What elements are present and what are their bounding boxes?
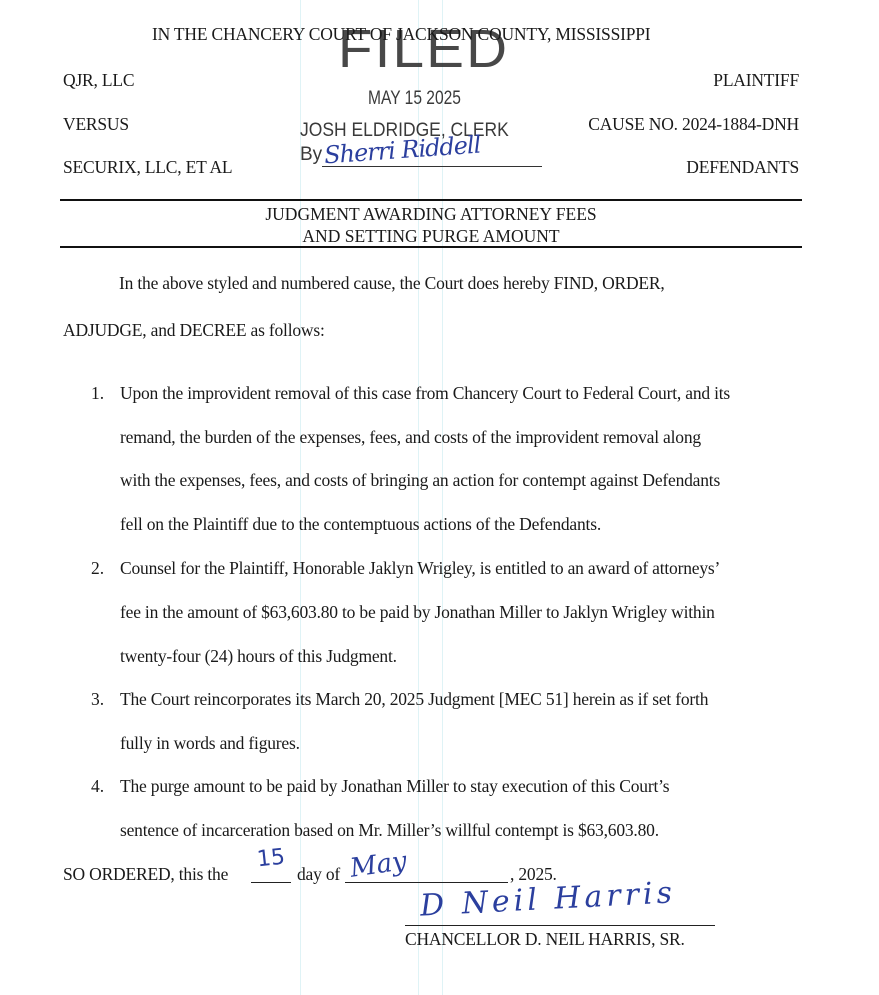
item-text-line: with the expenses, fees, and costs of br… <box>120 470 720 491</box>
filed-stamp-by-label: By <box>300 144 322 166</box>
day-blank-line <box>251 882 291 883</box>
intro-paragraph-line-1: In the above styled and numbered cause, … <box>119 273 665 294</box>
judge-name: CHANCELLOR D. NEIL HARRIS, SR. <box>405 929 685 950</box>
document-title-line-1: JUDGMENT AWARDING ATTORNEY FEES <box>60 204 802 225</box>
judge-signature-line <box>405 925 715 926</box>
filed-stamp-date: MAY 15 2025 <box>368 88 461 110</box>
item-text-line: remand, the burden of the expenses, fees… <box>120 427 701 448</box>
so-ordered-text: SO ORDERED, this the <box>63 864 228 885</box>
day-of-text: day of <box>297 864 340 885</box>
item-text-line: sentence of incarceration based on Mr. M… <box>120 820 659 841</box>
handwritten-day: 15 <box>256 845 286 873</box>
intro-paragraph-line-2: ADJUDGE, and DECREE as follows: <box>63 320 325 341</box>
item-text-line: Counsel for the Plaintiff, Honorable Jak… <box>120 558 720 579</box>
item-text-line: Upon the improvident removal of this cas… <box>120 383 730 404</box>
plaintiff-name: QJR, LLC <box>63 70 134 91</box>
plaintiff-role: PLAINTIFF <box>713 70 799 91</box>
item-text-line: twenty-four (24) hours of this Judgment. <box>120 646 397 667</box>
title-rule-top <box>60 199 802 201</box>
item-text-line: The Court reincorporates its March 20, 2… <box>120 689 708 710</box>
cause-number: CAUSE NO. 2024-1884-DNH <box>588 114 799 135</box>
document-title-line-2: AND SETTING PURGE AMOUNT <box>60 226 802 247</box>
defendant-name: SECURIX, LLC, ET AL <box>63 157 232 178</box>
item-text-line: fee in the amount of $63,603.80 to be pa… <box>120 602 715 623</box>
item-number: 3. <box>91 689 104 710</box>
item-number: 4. <box>91 776 104 797</box>
month-blank-line <box>345 882 508 883</box>
versus-label: VERSUS <box>63 114 129 135</box>
item-number: 1. <box>91 383 104 404</box>
item-text-line: The purge amount to be paid by Jonathan … <box>120 776 669 797</box>
defendant-role: DEFENDANTS <box>686 157 799 178</box>
court-heading: IN THE CHANCERY COURT OF JACKSON COUNTY,… <box>152 24 650 45</box>
item-number: 2. <box>91 558 104 579</box>
title-rule-bottom <box>60 246 802 248</box>
handwritten-month: May <box>348 846 408 884</box>
item-text-line: fully in words and figures. <box>120 733 300 754</box>
item-text-line: fell on the Plaintiff due to the contemp… <box>120 514 601 535</box>
